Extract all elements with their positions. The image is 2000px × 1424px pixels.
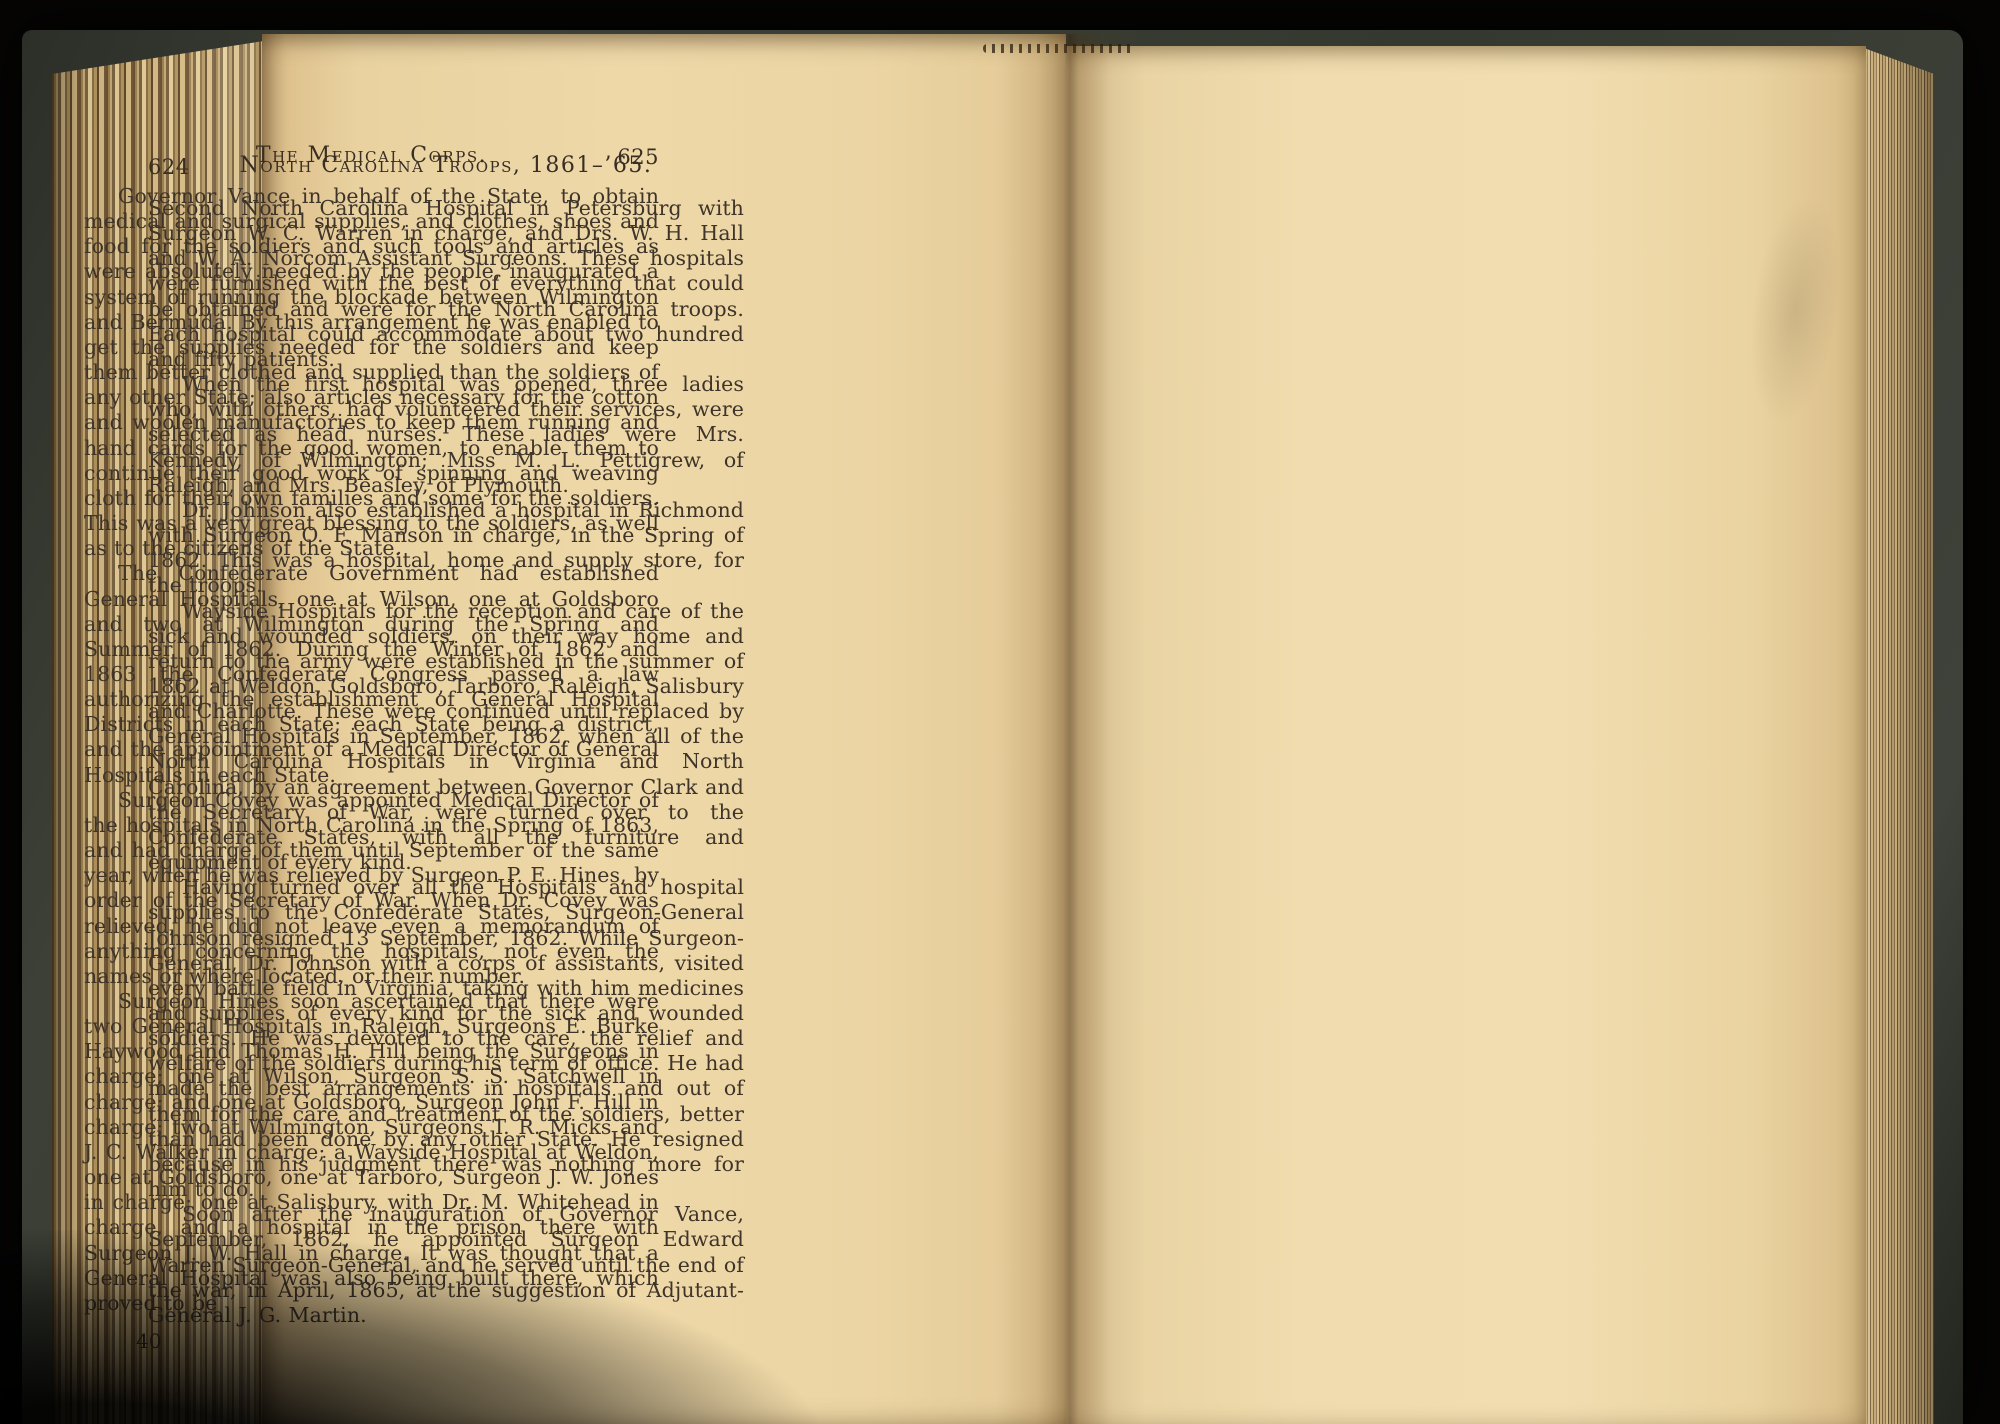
right-page (1066, 46, 1866, 1424)
right-running-head: The Medical Corps. 625 (84, 142, 659, 172)
binding-stitches (983, 44, 1135, 53)
right-page-text: Governor Vance in behalf of the State, t… (84, 184, 659, 1354)
right-running-title: The Medical Corps. (84, 142, 659, 170)
right-page-number: 625 (617, 143, 659, 171)
signature-mark: 40 (136, 1329, 659, 1354)
paragraph: The Confederate Government had establish… (84, 561, 659, 787)
scanned-book-photo: 624 North Carolina Troops, 1861–’65. Sec… (0, 0, 2000, 1424)
paragraph: Governor Vance in behalf of the State, t… (84, 184, 659, 561)
paragraph: Surgeon Hines soon ascertained that ther… (84, 989, 659, 1316)
right-page-stack-edge (1864, 48, 1934, 1424)
paragraph: Surgeon Covey was appointed Medical Dire… (84, 788, 659, 989)
